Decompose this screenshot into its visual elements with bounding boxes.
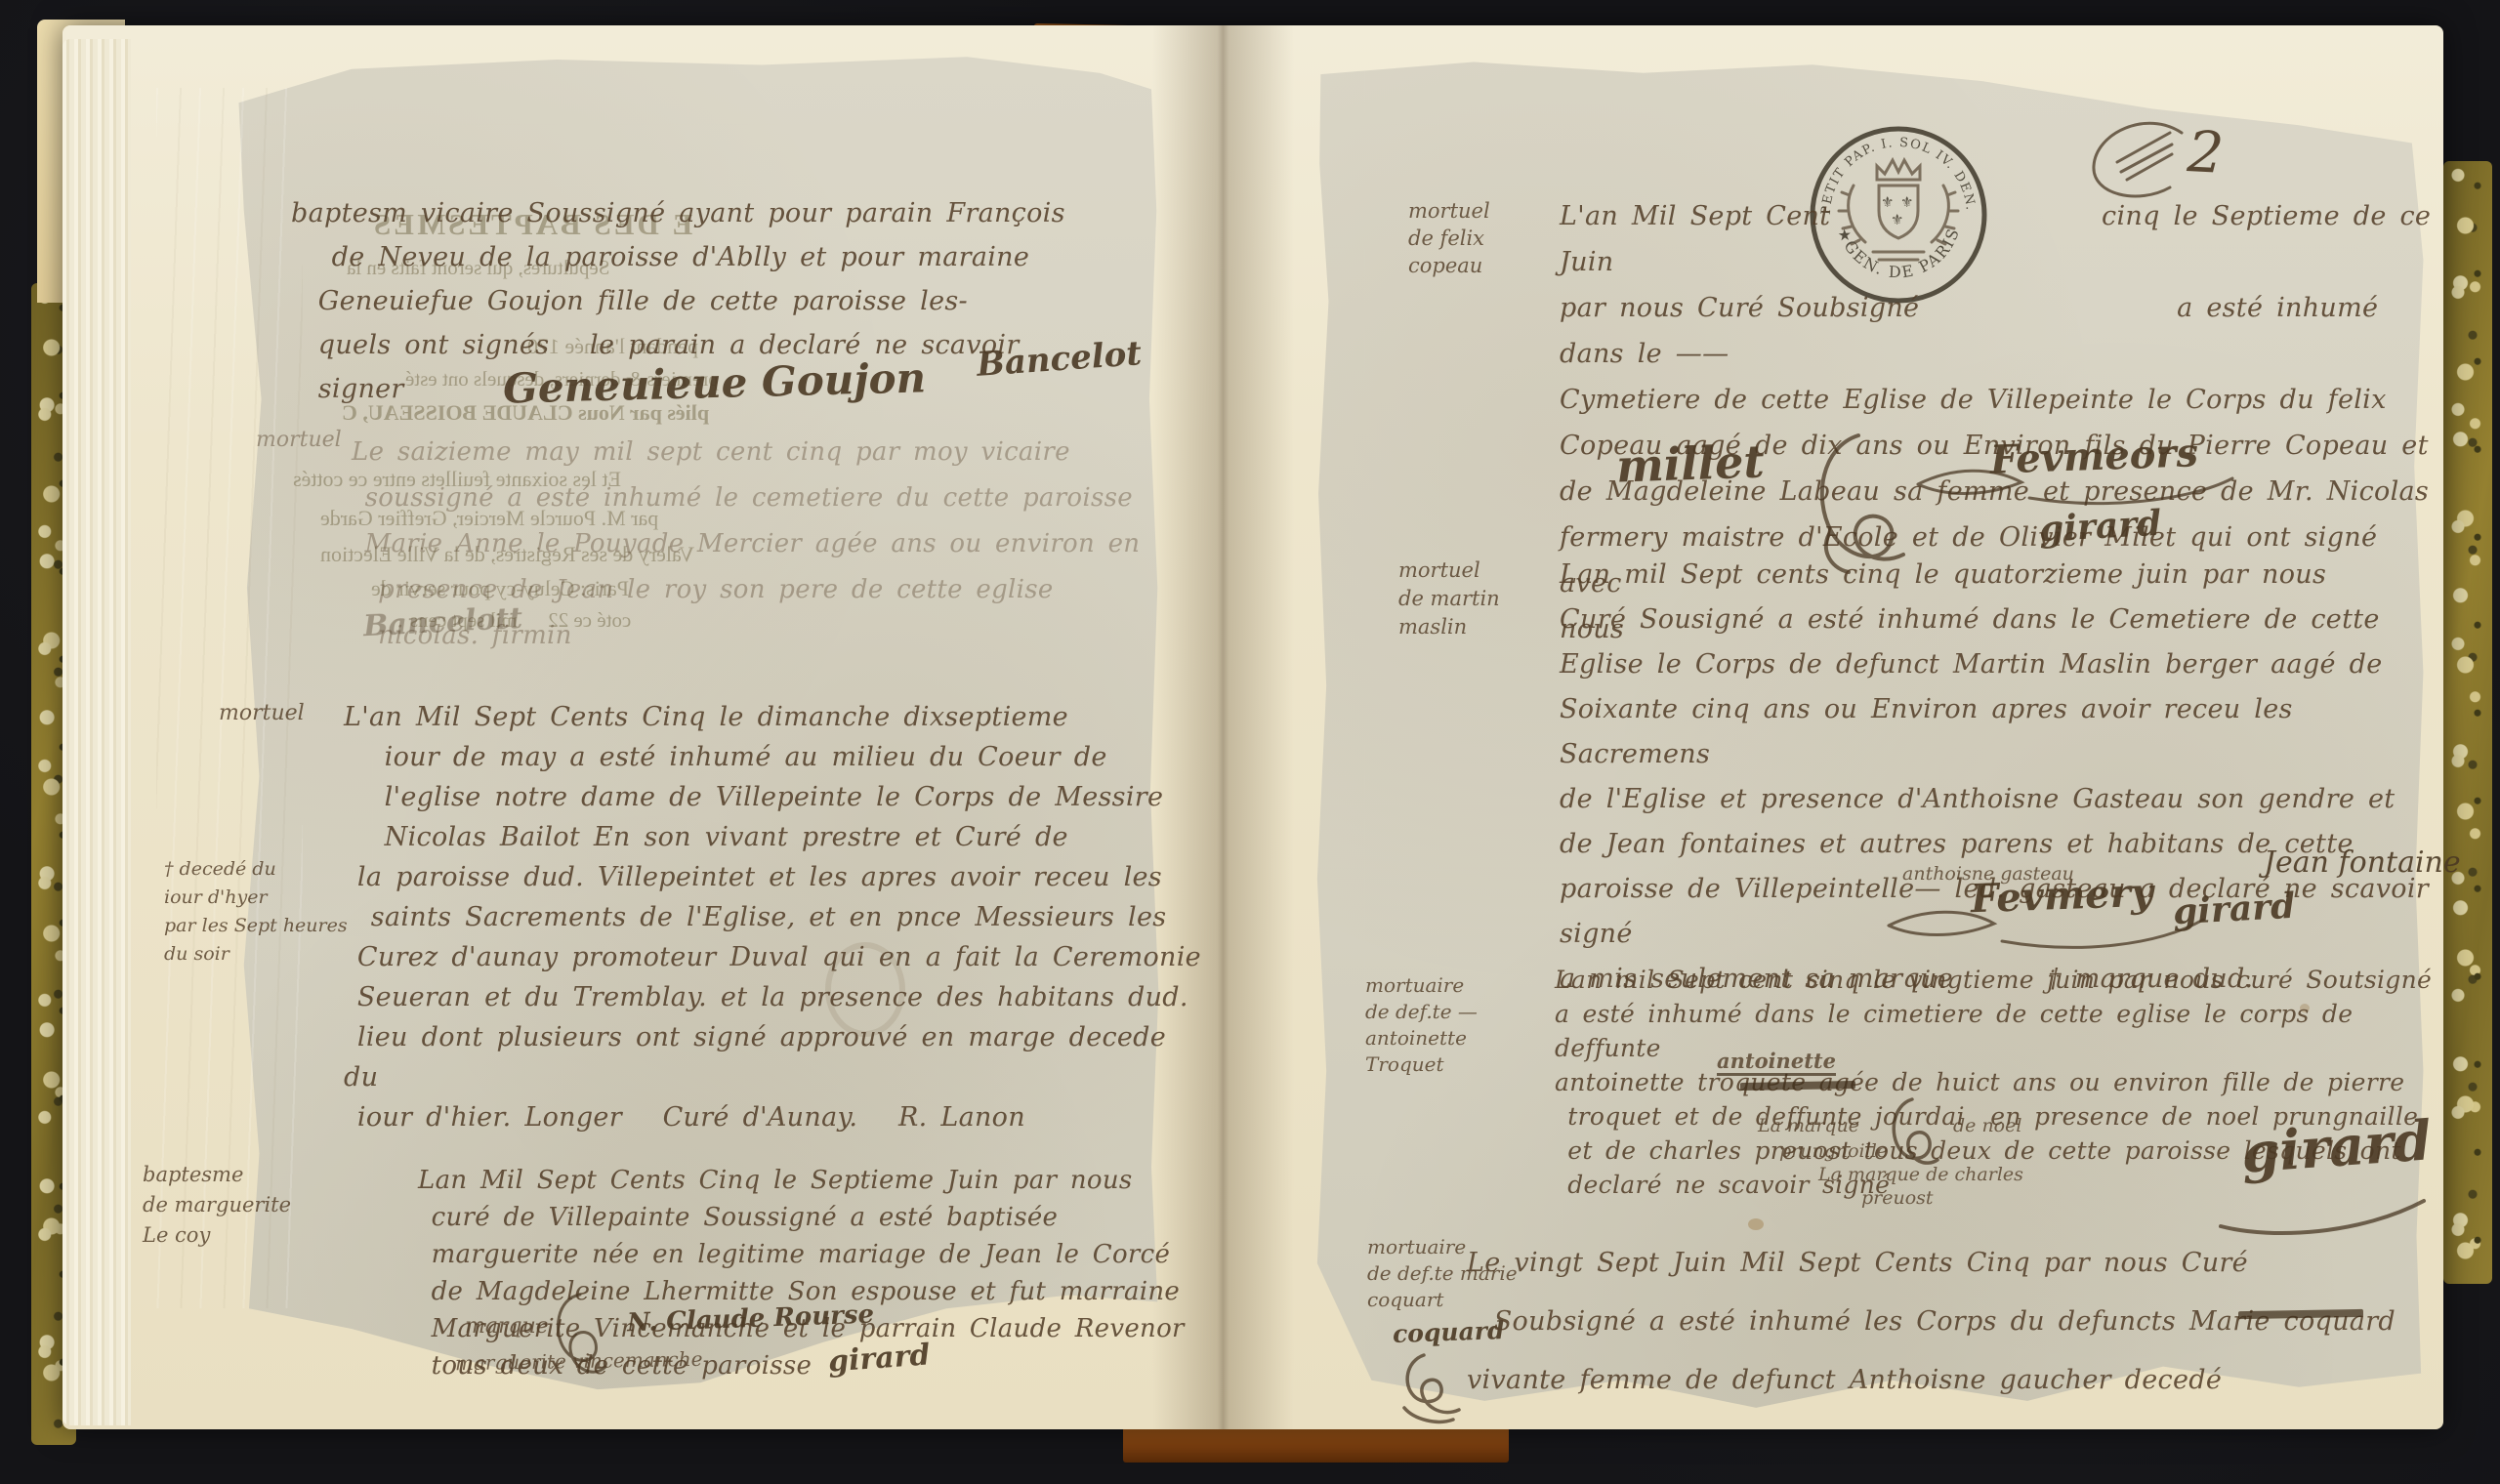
record-margin-note: mortuel de felix copeau [1408, 197, 1490, 279]
interline-insertion-antoinette: antoinette [1717, 1049, 1836, 1076]
record-margin-note: mortuel [256, 426, 342, 454]
witness-mark-scribble [1883, 1095, 1941, 1169]
signature-girard-large: girard [2239, 1108, 2434, 1185]
paraph-flourish [1395, 1349, 1473, 1427]
witness-mark-label: de noel [1953, 1115, 2021, 1136]
record-margin-note: mortuel [219, 701, 305, 725]
witness-mark-label: prungnoille [1779, 1140, 1888, 1162]
page-edge-stack [62, 39, 131, 1425]
record-margin-cross-note: † decedé du iour d'hyer par les Sept heu… [164, 855, 348, 969]
photograph-of-open-parish-register: E DES BAPTESMES Sepultures, qui seront f… [0, 0, 2500, 1484]
signature-girard: girard [2172, 886, 2296, 932]
fox-spot-stain [1748, 1218, 1764, 1230]
witness-mark-label: preuost [1861, 1187, 1934, 1209]
paper-wrinkles [156, 88, 303, 1308]
signature-girard: girard [827, 1338, 932, 1379]
record-margin-note: baptesme de marguerite Le coy [143, 1160, 291, 1251]
witness-mark-label: La marque [1758, 1115, 1859, 1136]
signature-marque-label: marque [465, 1314, 549, 1339]
signature-marguerite-vincemanche: marguerite vincemanche [455, 1347, 703, 1375]
witness-mark-label: La marque de charles [1818, 1164, 2023, 1185]
spine-leather-bottom [1123, 1427, 1509, 1463]
record-margin-note: mortuaire de def.te — antoinette Troquet [1365, 972, 1478, 1078]
signature-fevmery: Fevmery [1970, 870, 2154, 922]
signature-underline-swash [2215, 1187, 2430, 1241]
record-entry-burial-bailot: L'an Mil Sept Cents Cinq le dimanche dix… [344, 697, 1203, 1137]
signature-jean-fontaine: Jean fontaine [2264, 845, 2461, 880]
record-entry-burial-coquard: Le vingt Sept Juin Mil Sept Cents Cinq p… [1467, 1234, 2443, 1410]
record-margin-note: mortuel de martin maslin [1398, 556, 1500, 641]
signature-millet: millet [1615, 434, 1765, 492]
signature-underline-swash [1914, 459, 2236, 508]
folio-number: 2 [2186, 118, 2225, 186]
signature-girard: girard [2038, 503, 2162, 550]
